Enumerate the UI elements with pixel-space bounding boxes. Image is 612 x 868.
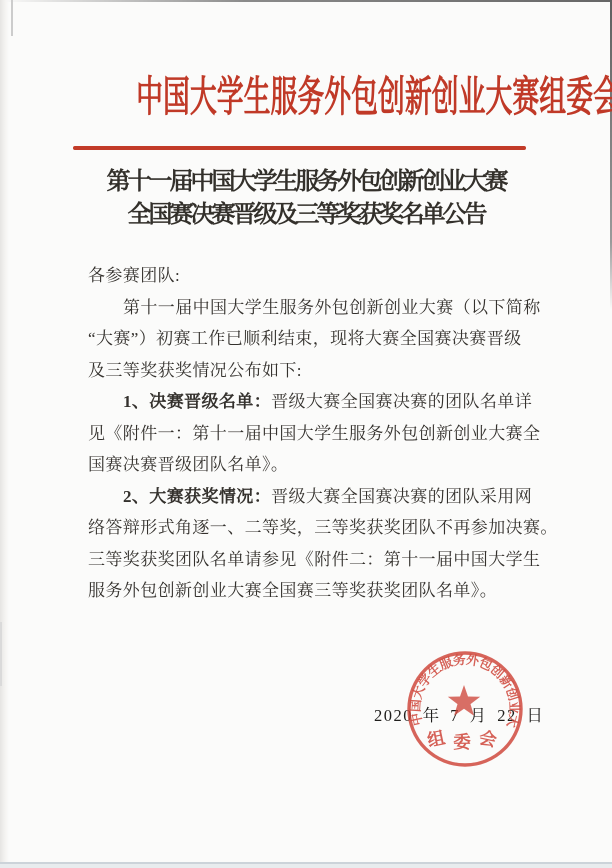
- scan-artifact-leftmid: [0, 622, 2, 686]
- seal-bottom-char-2: 委: [453, 732, 471, 752]
- item2-line1: 2、大赛获奖情况：晋级大赛全国赛决赛的团队采用网: [88, 481, 530, 513]
- item1-line1-text: 晋级大赛全国赛决赛的团队名单详: [271, 392, 532, 411]
- letterhead: 中国大学生服务外包创新创业大赛组委会: [0, 75, 612, 130]
- document-title: 第十一届中国大学生服务外包创新创业大赛 全国赛决赛晋级及三等奖获奖名单公告: [0, 166, 612, 232]
- seal-ring-text: 中国大学生服务外包创新创业大赛: [401, 645, 522, 729]
- document-body: 各参赛团队: 第十一届中国大学生服务外包创新创业大赛（以下简称 “大赛”）初赛工…: [88, 260, 530, 607]
- item2-line2: 络答辩形式角逐一、二等奖，三等奖获奖团队不再参加决赛。: [88, 512, 530, 544]
- scan-edge-bottom: [0, 862, 612, 868]
- letterhead-org-name: 中国大学生服务外包创新创业大赛组委会: [136, 75, 612, 121]
- seal-star-icon: [448, 685, 480, 716]
- document-title-line2: 全国赛决赛晋级及三等奖获奖名单公告: [0, 199, 612, 232]
- svg-text:中国大学生服务外包创新创业大赛: 中国大学生服务外包创新创业大赛: [401, 645, 522, 729]
- scan-edge-left: [0, 0, 9, 868]
- document-title-line1: 第十一届中国大学生服务外包创新创业大赛: [0, 166, 612, 199]
- seal-bottom-char-3: 会: [477, 727, 499, 750]
- paragraph1-line3: 及三等奖获奖情况公布如下:: [88, 355, 530, 387]
- official-seal: 中国大学生服务外包创新创业大赛 组 委 会: [401, 645, 529, 773]
- paragraph1-line2: “大赛”）初赛工作已顺利结束，现将大赛全国赛决赛晋级: [88, 323, 530, 355]
- scan-edge-top: [0, 0, 612, 2]
- salutation: 各参赛团队:: [88, 260, 530, 292]
- document-page: 中国大学生服务外包创新创业大赛组委会 第十一届中国大学生服务外包创新创业大赛 全…: [0, 0, 612, 868]
- seal-bottom-char-1: 组: [426, 727, 448, 750]
- item1-line3: 国赛决赛晋级团队名单》。: [88, 449, 530, 481]
- paragraph1-line1: 第十一届中国大学生服务外包创新创业大赛（以下简称: [88, 292, 530, 324]
- scan-artifact-topleft: [11, 0, 13, 36]
- item2-heading: 2、大赛获奖情况：: [123, 487, 271, 506]
- item2-line1-text: 晋级大赛全国赛决赛的团队采用网: [271, 487, 532, 506]
- item1-heading: 1、决赛晋级名单：: [123, 392, 271, 411]
- red-divider-rule: [73, 146, 526, 150]
- item2-line4: 服务外包创新创业大赛全国赛三等奖获奖团队名单》。: [88, 575, 530, 607]
- item1-line1: 1、决赛晋级名单：晋级大赛全国赛决赛的团队名单详: [88, 386, 530, 418]
- item1-line2: 见《附件一：第十一届中国大学生服务外包创新创业大赛全: [88, 418, 530, 450]
- item2-line3: 三等奖获奖团队名单请参见《附件二：第十一届中国大学生: [88, 544, 530, 576]
